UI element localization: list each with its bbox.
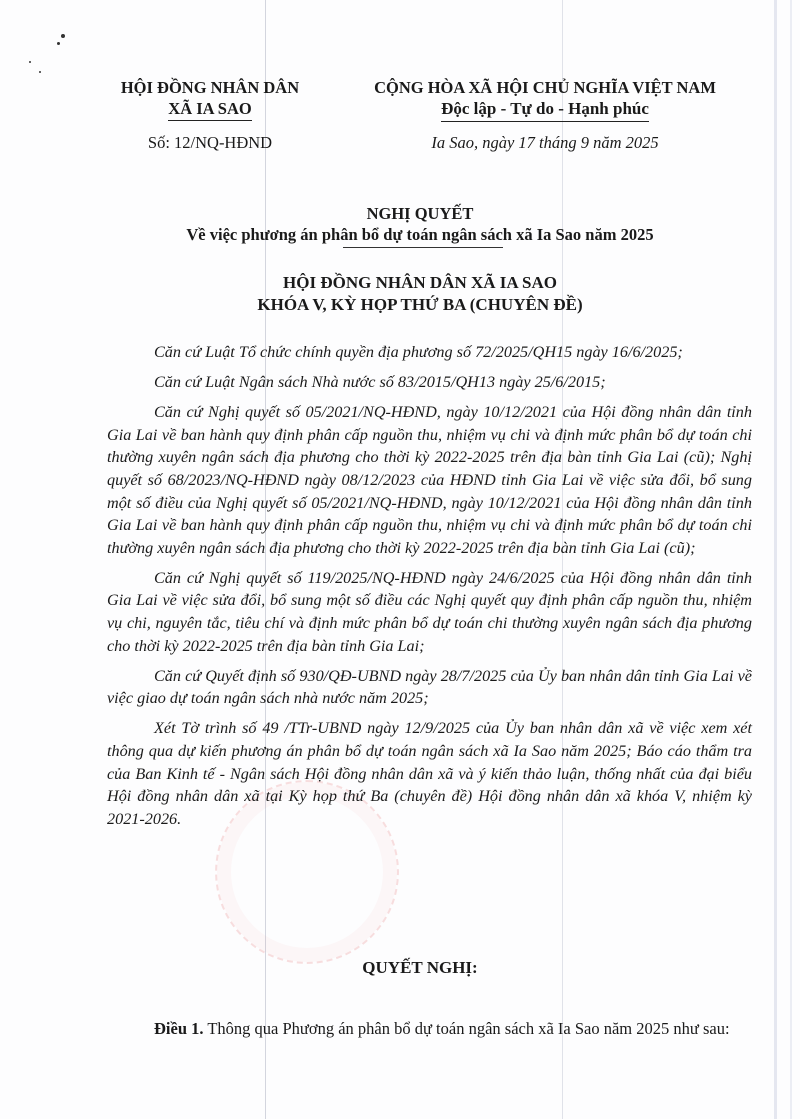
national-motto: Độc lập - Tự do - Hạnh phúc: [441, 98, 649, 122]
decision-heading: QUYẾT NGHỊ:: [100, 958, 740, 978]
issuer-block: HỘI ĐỒNG NHÂN DÂN XÃ IA SAO: [110, 77, 310, 121]
issuer-name: HỘI ĐỒNG NHÂN DÂN: [110, 77, 310, 98]
council-name: HỘI ĐỒNG NHÂN DÂN XÃ IA SAO: [100, 272, 740, 294]
scan-speck: [39, 71, 41, 73]
legal-basis-paragraph: Căn cứ Quyết định số 930/QĐ-UBND ngày 28…: [107, 665, 752, 710]
scan-speck: [29, 61, 31, 63]
legal-basis-paragraph: Căn cứ Luật Tổ chức chính quyền địa phươ…: [107, 341, 752, 364]
article-label: Điều 1.: [154, 1019, 204, 1038]
national-title: CỘNG HÒA XÃ HỘI CHỦ NGHĨA VIỆT NAM: [340, 77, 750, 98]
legal-bases: Căn cứ Luật Tổ chức chính quyền địa phươ…: [107, 341, 752, 838]
scan-edge-line: [774, 0, 777, 1119]
document-title-block: NGHỊ QUYẾT Về việc phương án phân bổ dự …: [100, 204, 740, 248]
subject-underline: [343, 247, 503, 248]
document-subject: Về việc phương án phân bổ dự toán ngân s…: [100, 224, 740, 246]
document-page: HỘI ĐỒNG NHÂN DÂN XÃ IA SAO CỘNG HÒA XÃ …: [0, 0, 800, 1119]
national-header: CỘNG HÒA XÃ HỘI CHỦ NGHĨA VIỆT NAM Độc l…: [340, 77, 750, 122]
legal-basis-paragraph: Xét Tờ trình số 49 /TTr-UBND ngày 12/9/2…: [107, 717, 752, 830]
scan-speck: [61, 34, 65, 38]
place-and-date: Ia Sao, ngày 17 tháng 9 năm 2025: [340, 133, 750, 153]
issuer-commune: XÃ IA SAO: [168, 98, 251, 121]
document-type: NGHỊ QUYẾT: [100, 204, 740, 224]
legal-basis-paragraph: Căn cứ Nghị quyết số 05/2021/NQ-HĐND, ng…: [107, 401, 752, 559]
council-session: KHÓA V, KỲ HỌP THỨ BA (CHUYÊN ĐỀ): [100, 294, 740, 316]
scan-edge-line: [790, 0, 792, 1119]
legal-basis-paragraph: Căn cứ Nghị quyết số 119/2025/NQ-HĐND ng…: [107, 567, 752, 657]
scan-speck: [57, 42, 60, 45]
document-number: Số: 12/NQ-HĐND: [110, 133, 310, 153]
article-1: Điều 1. Thông qua Phương án phân bổ dự t…: [107, 1017, 759, 1040]
council-heading: HỘI ĐỒNG NHÂN DÂN XÃ IA SAO KHÓA V, KỲ H…: [100, 272, 740, 316]
article-text: Thông qua Phương án phân bổ dự toán ngân…: [204, 1019, 730, 1038]
legal-basis-paragraph: Căn cứ Luật Ngân sách Nhà nước số 83/201…: [107, 371, 752, 394]
